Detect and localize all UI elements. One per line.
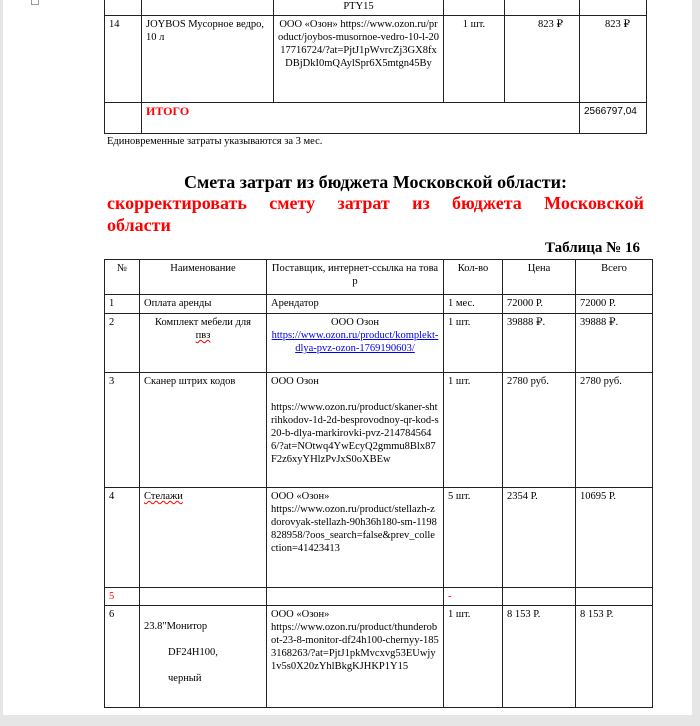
- cell-qty: 1 шт.: [444, 373, 503, 488]
- cell-supplier: Арендатор: [267, 295, 444, 314]
- cell-qty: 1 шт.: [444, 606, 503, 708]
- section-title: Смета затрат из бюджета Московской облас…: [107, 172, 644, 192]
- header-supplier: Поставщик, интернет-ссылка на товар: [267, 260, 444, 295]
- note-text: Единовременные затраты указываются за 3 …: [107, 136, 322, 147]
- cell-num: 1: [105, 295, 140, 314]
- product-link[interactable]: https://www.ozon.ru/product/komplekt-dly…: [272, 330, 439, 354]
- cell-num: 3: [105, 373, 140, 488]
- header-qty: Кол-во: [444, 260, 503, 295]
- cell-supplier: [267, 588, 444, 606]
- supplier-name: ООО «Озон»: [271, 491, 329, 502]
- cell-price: [503, 588, 576, 606]
- cell-name: 23.8"Монитор DF24H100, черный: [140, 606, 267, 708]
- product-url-text: https://www.ozon.ru/product/skaner-shtri…: [271, 402, 439, 465]
- table-move-handle-icon[interactable]: [31, 0, 39, 5]
- cell-price: 823 ₽: [505, 16, 580, 103]
- table-row: 2 Комплект мебели для пвз ООО Озон https…: [105, 314, 653, 373]
- cell-qty: 1 шт.: [444, 314, 503, 373]
- cell-qty: 5 шт.: [444, 488, 503, 588]
- cell-num: 6: [105, 606, 140, 708]
- cell-total: [576, 588, 653, 606]
- table-row: 4 Стелажи ООО «Озон» https://www.ozon.ru…: [105, 488, 653, 588]
- cell-total: 10695 Р.: [576, 488, 653, 588]
- supplier-name: ООО Озон: [331, 317, 379, 328]
- table-row: 14 JOYBOS Мусорное ведро, 10 л ООО «Озон…: [105, 16, 647, 103]
- cell-num: 4: [105, 488, 140, 588]
- cell-qty: 1 шт.: [444, 16, 505, 103]
- document-page: PTY15 14 JOYBOS Мусорное ведро, 10 л ООО…: [3, 0, 692, 715]
- cell-supplier: PTY15: [274, 0, 444, 16]
- name-misspelled: Стелажи: [144, 491, 183, 502]
- supplier-name: ООО «Озон»: [271, 609, 329, 620]
- cell-name: Комплект мебели для пвз: [140, 314, 267, 373]
- cell-num: 14: [105, 16, 142, 103]
- name-line: 23.8"Монитор: [144, 621, 207, 632]
- table-row: PTY15: [105, 0, 647, 16]
- name-misspelled: пвз: [196, 330, 211, 341]
- supplier-name: ООО Озон: [271, 376, 319, 387]
- cell-num: 5: [105, 588, 140, 606]
- table-row: 5 -: [105, 588, 653, 606]
- header-num: №: [105, 260, 140, 295]
- previous-cost-table: PTY15 14 JOYBOS Мусорное ведро, 10 л ООО…: [104, 0, 647, 134]
- cell-total: 8 153 Р.: [576, 606, 653, 708]
- budget-cost-table: № Наименование Поставщик, интернет-ссылк…: [104, 259, 653, 708]
- header-name: Наименование: [140, 260, 267, 295]
- cell-name: Стелажи: [140, 488, 267, 588]
- cell-total: 39888 ₽.: [576, 314, 653, 373]
- cell-price: 2780 руб.: [503, 373, 576, 488]
- product-url-text: https://www.ozon.ru/product/thunderobot-…: [271, 622, 439, 672]
- name-line: DF24H100,: [144, 647, 218, 658]
- cell-supplier: ООО Озон https://www.ozon.ru/product/ska…: [267, 373, 444, 488]
- name-line: черный: [144, 673, 201, 684]
- cell-supplier: ООО Озон https://www.ozon.ru/product/kom…: [267, 314, 444, 373]
- table-row: 1 Оплата аренды Арендатор 1 мес. 72000 Р…: [105, 295, 653, 314]
- cell-total: 823 ₽: [580, 16, 647, 103]
- table-number: Таблица № 16: [545, 240, 640, 257]
- total-row: ИТОГО 2566797,04: [105, 103, 647, 134]
- total-label: ИТОГО: [142, 103, 580, 134]
- cell-price: 8 153 Р.: [503, 606, 576, 708]
- table-row: 6 23.8"Монитор DF24H100, черный ООО «Озо…: [105, 606, 653, 708]
- cell-name: Сканер штрих кодов: [140, 373, 267, 488]
- cell-qty: -: [444, 588, 503, 606]
- cell-name: JOYBOS Мусорное ведро, 10 л: [142, 16, 274, 103]
- cell-supplier: ООО «Озон» https://www.ozon.ru/product/j…: [274, 16, 444, 103]
- total-value: 2566797,04: [580, 103, 647, 134]
- cell-price: 72000 Р.: [503, 295, 576, 314]
- cell-name: Оплата аренды: [140, 295, 267, 314]
- cell-supplier: ООО «Озон» https://www.ozon.ru/product/s…: [267, 488, 444, 588]
- header-total: Всего: [576, 260, 653, 295]
- header-price: Цена: [503, 260, 576, 295]
- cell-supplier: ООО «Озон» https://www.ozon.ru/product/t…: [267, 606, 444, 708]
- cell-price: 2354 Р.: [503, 488, 576, 588]
- table-header-row: № Наименование Поставщик, интернет-ссылк…: [105, 260, 653, 295]
- cell-num: 2: [105, 314, 140, 373]
- product-url-text: https://www.ozon.ru/product/stellazh-zdo…: [271, 504, 437, 554]
- cell-total: 72000 Р.: [576, 295, 653, 314]
- table-row: 3 Сканер штрих кодов ООО Озон https://ww…: [105, 373, 653, 488]
- cell-price: 39888 ₽.: [503, 314, 576, 373]
- cell-qty: 1 мес.: [444, 295, 503, 314]
- cell-name: [140, 588, 267, 606]
- section-subtitle: скорректировать смету затрат из бюджета …: [107, 192, 644, 236]
- cell-total: 2780 руб.: [576, 373, 653, 488]
- name-line: Комплект мебели для: [155, 317, 251, 328]
